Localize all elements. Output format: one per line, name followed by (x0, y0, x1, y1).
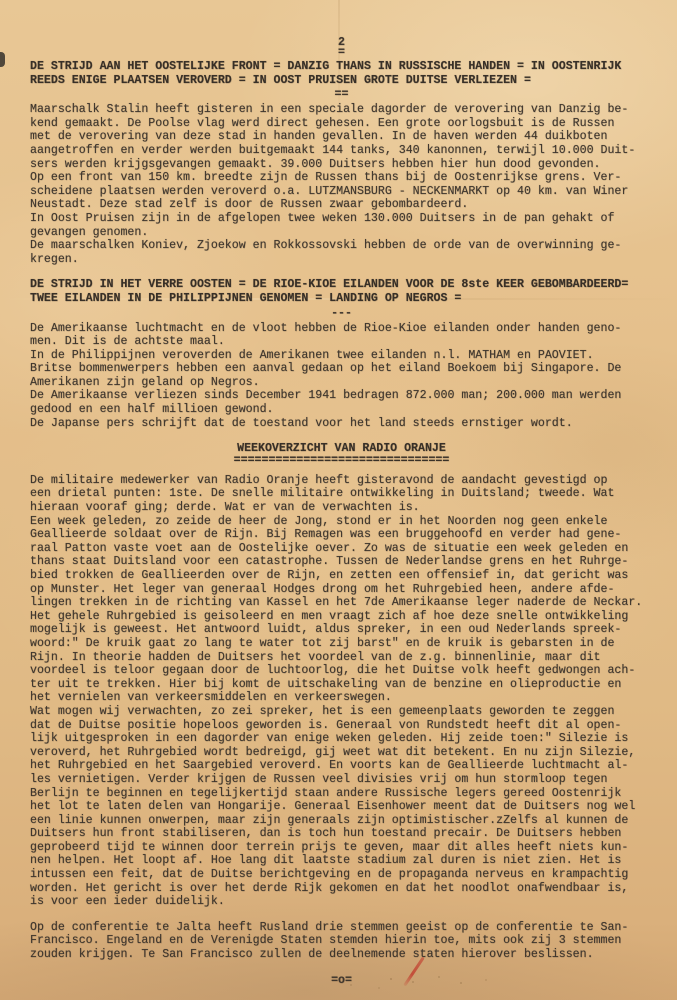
scan-edge-artifact (0, 52, 5, 67)
article-yalta-body: Op de conferentie te Jalta heeft Rusland… (30, 921, 653, 962)
article-far-east-headline: DE STRIJD IN HET VERRE OOSTEN = DE RIOE-… (30, 278, 653, 305)
article-eastern-front-body: Maarschalk Stalin heeft gisteren in een … (30, 103, 653, 266)
page-number-underline: = (30, 49, 653, 56)
scanned-document-page: 2 = DE STRIJD AAN HET OOSTELIJKE FRONT =… (0, 0, 677, 1000)
article-far-east-divider: --- (30, 308, 653, 319)
article-far-east: DE STRIJD IN HET VERRE OOSTEN = DE RIOE-… (30, 278, 653, 430)
article-far-east-body: De Amerikaanse luchtmacht en de vloot he… (30, 322, 653, 431)
paper-specks (390, 978, 392, 980)
article-eastern-front-headline: DE STRIJD AAN HET OOSTELIJKE FRONT = DAN… (30, 60, 653, 87)
article-radio-oranje-weekly: WEEKOVERZICHT VAN RADIO ORANJE =========… (30, 442, 653, 909)
page-number-block: 2 = (30, 36, 653, 56)
article-eastern-front: DE STRIJD AAN HET OOSTELIJKE FRONT = DAN… (30, 60, 653, 266)
end-of-page-mark: =o= (30, 974, 653, 987)
article-yalta-conference: Op de conferentie te Jalta heeft Rusland… (30, 921, 653, 962)
article-radio-oranje-body: De militaire medewerker van Radio Oranje… (30, 474, 653, 909)
article-eastern-front-divider: == (30, 89, 653, 100)
typewritten-content: 2 = DE STRIJD AAN HET OOSTELIJKE FRONT =… (0, 0, 677, 987)
article-radio-oranje-headline-underline: =============================== (30, 456, 653, 465)
